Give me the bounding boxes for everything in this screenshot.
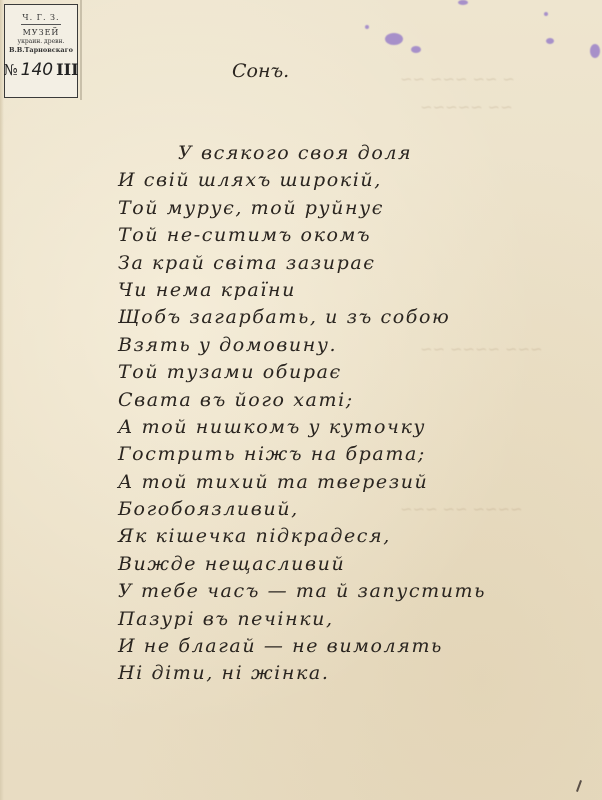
label-owner: В.В.Тарновскаго xyxy=(5,46,77,54)
label-catalog-number: № 140 III xyxy=(5,60,77,80)
ink-stain xyxy=(385,33,403,45)
poem-line: У всякого своя доля xyxy=(118,140,588,167)
bleed-through-text: ~~ ~~~~~ xyxy=(420,98,513,116)
poem-line: Вижде нещасливий xyxy=(118,551,588,578)
poem-title: Сонъ. xyxy=(232,60,289,82)
poem-line: Пазурі въ печінки, xyxy=(118,606,588,633)
museum-label: Ч. Г. З. МУЗЕЙ украин. древн. В.В.Тарнов… xyxy=(4,4,78,98)
poem-line: Ні діти, ні жінка. xyxy=(118,660,588,687)
label-museum: МУЗЕЙ xyxy=(5,28,77,37)
poem-line: И свій шляхъ широкій, xyxy=(118,167,588,194)
poem-line: Чи нема країни xyxy=(118,277,588,304)
number-sign: № xyxy=(3,61,17,79)
poem-line: А той нишкомъ у куточку xyxy=(118,414,588,441)
poem-line: Той не-ситимъ окомъ xyxy=(118,222,588,249)
page-edge xyxy=(0,0,4,800)
poem-line: Взять у домовину. xyxy=(118,332,588,359)
poem-body: У всякого своя доля И свій шляхъ широкій… xyxy=(118,140,588,688)
label-divider xyxy=(21,24,61,25)
poem-line: И не благай — не вимолять xyxy=(118,633,588,660)
ink-stain xyxy=(544,12,548,16)
label-collection: украин. древн. xyxy=(5,38,77,45)
poem-line: Той мурує, той руйнує xyxy=(118,195,588,222)
ink-stain xyxy=(458,0,468,5)
ink-stain xyxy=(590,44,600,58)
poem-line: Той тузами обирає xyxy=(118,359,588,386)
poem-line: Богобоязливий, xyxy=(118,496,588,523)
ink-stain xyxy=(411,46,421,53)
bleed-through-text: ~ ~~ ~~~ ~~ xyxy=(400,70,515,88)
poem-line: Щобъ загарбать, и зъ собою xyxy=(118,304,588,331)
poem-line: Гострить ніжъ на брата; xyxy=(118,441,588,468)
ink-stain xyxy=(365,25,369,29)
poem-line: За край світа зазирає xyxy=(118,250,588,277)
poem-line: Свата въ його хаті; xyxy=(118,387,588,414)
poem-line: У тебе часъ — та й запустить xyxy=(118,578,588,605)
poem-line: А той тихий та тверезий xyxy=(118,469,588,496)
poem-line: Як кішечка підкрадеся, xyxy=(118,523,588,550)
ink-stain xyxy=(546,38,554,44)
label-initials: Ч. Г. З. xyxy=(5,13,77,22)
catalog-number: 140 xyxy=(21,60,53,80)
volume-number: III xyxy=(56,60,78,79)
